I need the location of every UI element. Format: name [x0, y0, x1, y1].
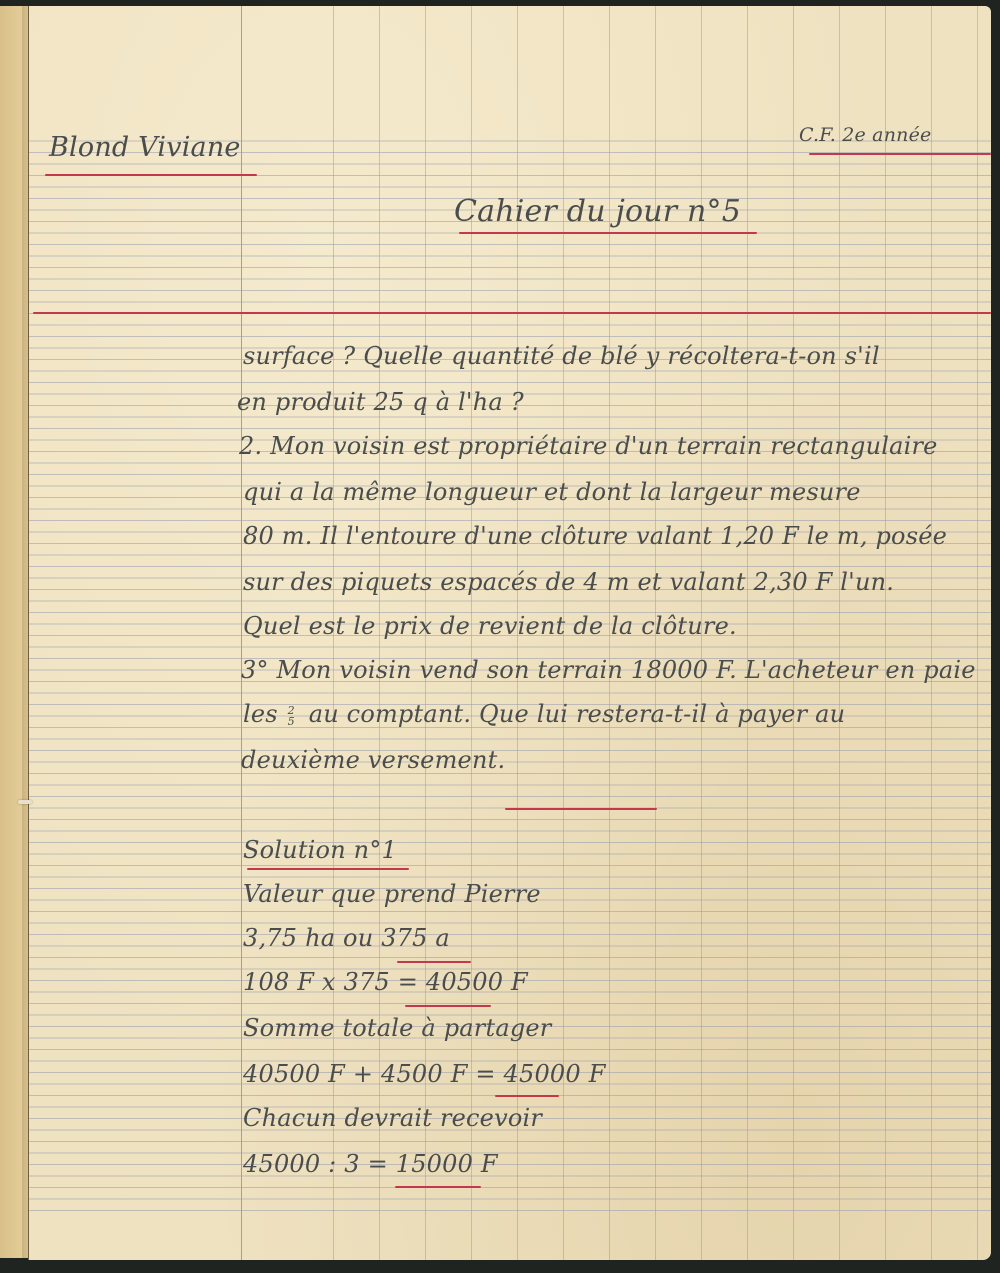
- student-name: Blond Viviane: [49, 132, 241, 163]
- solution-heading-underline: [247, 868, 409, 870]
- exercise-line: 2. Mon voisin est propriétaire d'un terr…: [239, 432, 938, 460]
- page-title: Cahier du jour n°5: [454, 194, 741, 229]
- binding-stitch: [18, 800, 32, 804]
- exercise-3-line-1: 3° Mon voisin vend son terrain 18000 F. …: [241, 656, 976, 684]
- exercise-line: en produit 25 q à l'ha ?: [237, 388, 524, 416]
- exercise-line: sur des piquets espacés de 4 m et valant…: [243, 568, 894, 596]
- answer-underline: [397, 961, 471, 963]
- answer-underline: [395, 1186, 481, 1188]
- solution-line: 45000 : 3 = 15000 F: [243, 1150, 498, 1178]
- solution-line: Chacun devrait recevoir: [243, 1104, 542, 1132]
- section-divider: [33, 312, 991, 314]
- exercise-line: surface ? Quelle quantité de blé y récol…: [243, 342, 880, 370]
- fraction-denominator: 5: [288, 716, 295, 727]
- exercise-3-line-2: les 2 5 au comptant. Que lui restera-t-i…: [243, 700, 845, 728]
- class-label: C.F. 2e année: [799, 124, 931, 146]
- solution-line: Somme totale à partager: [243, 1014, 551, 1042]
- separator-rule: [505, 808, 657, 810]
- fraction: 2 5: [288, 705, 295, 727]
- exercise-line: Quel est le prix de revient de la clôtur…: [243, 612, 737, 640]
- notebook-page: Blond Viviane C.F. 2e année Cahier du jo…: [28, 6, 991, 1260]
- exercise-3-word: les: [243, 700, 278, 728]
- exercise-line: 80 m. Il l'entoure d'une clôture valant …: [243, 522, 947, 550]
- page-title-underline: [459, 232, 757, 234]
- solution-line: 40500 F + 4500 F = 45000 F: [243, 1060, 606, 1088]
- class-label-underline: [809, 153, 991, 155]
- answer-underline: [495, 1095, 559, 1097]
- exercise-3-rest: au comptant. Que lui restera-t-il à paye…: [309, 700, 846, 728]
- answer-underline: [405, 1005, 491, 1007]
- exercise-3-line-3: deuxième versement.: [241, 746, 505, 774]
- fraction-numerator: 2: [288, 705, 295, 716]
- solution-line: 3,75 ha ou 375 a: [243, 924, 450, 952]
- red-margin-line: [241, 6, 242, 1260]
- solution-line: Valeur que prend Pierre: [243, 880, 541, 908]
- student-name-underline: [45, 174, 257, 176]
- solution-line: 108 F x 375 = 40500 F: [243, 968, 528, 996]
- solution-heading: Solution n°1: [243, 836, 397, 864]
- exercise-line: qui a la même longueur et dont la largeu…: [243, 478, 861, 506]
